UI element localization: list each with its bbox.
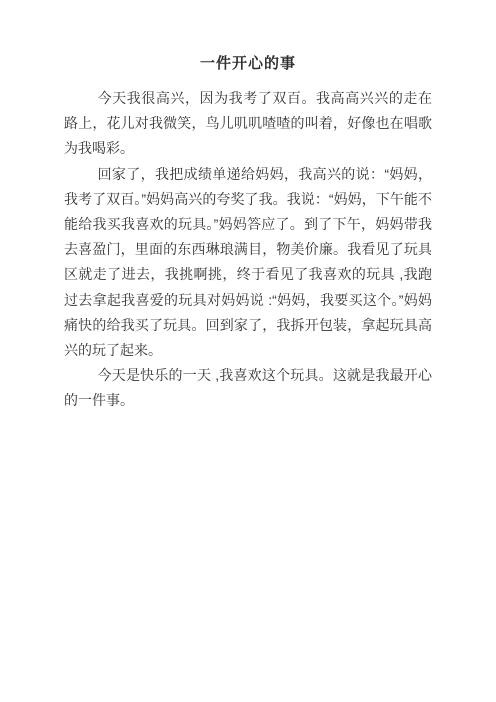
essay-paragraph-2: 回家了，我把成绩单递给妈妈，我高兴的说：“妈妈，我考了双百。”妈妈高兴的夸奖了我… (64, 162, 432, 364)
essay-body: 今天我很高兴，因为我考了双百。我高高兴兴的走在路上，花儿对我微笑，鸟儿叽叽喳喳的… (64, 86, 432, 414)
essay-paragraph-3: 今天是快乐的一天 ,我喜欢这个玩具。这就是我最开心的一件事。 (64, 363, 432, 413)
essay-paragraph-1: 今天我很高兴，因为我考了双百。我高高兴兴的走在路上，花儿对我微笑，鸟儿叽叽喳喳的… (64, 86, 432, 162)
document-page: 一件开心的事 今天我很高兴，因为我考了双百。我高高兴兴的走在路上，花儿对我微笑，… (0, 0, 496, 702)
essay-title: 一件开心的事 (64, 54, 432, 73)
